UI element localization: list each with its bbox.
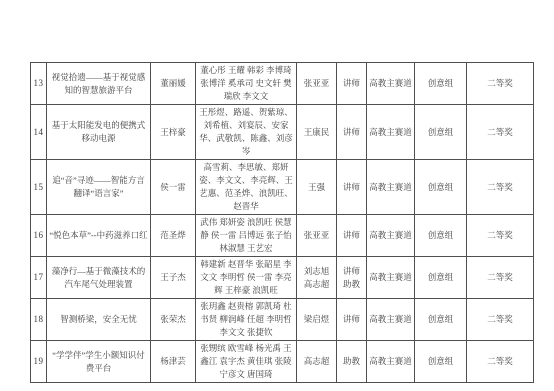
award-cell: 二等奖 [467, 257, 534, 299]
leader-cell: 董丽媛 [151, 63, 196, 105]
award-cell: 二等奖 [467, 160, 534, 215]
document-page: 13 视觉拾遗——基于视觉感知的智慧旅游平台 董丽媛 董心彤 王耀 韩彩 李博琦… [0, 0, 554, 391]
group-cell: 创意组 [415, 215, 467, 257]
table-row: 15 追“音”寻迹——智能方言翻译“语言家” 侯一雷 高雪莉、李思敏、郑妍姿、李… [31, 160, 534, 215]
members-cell: 武伟 郑妍姿 浪凯旺 侯慧静 侯一雷 吕博远 张子怡 林淑慧 王艺宏 [196, 215, 297, 257]
table-row: 18 智测桥梁，安全无忧 张荣杰 张玥鑫 赵贵榕 郭凯琦 杜书贤 柳润峰 任超 … [31, 299, 534, 341]
group-cell: 创意组 [415, 341, 467, 383]
advisor-title-cell: 讲师 [337, 105, 367, 160]
advisor-title-cell: 讲师 [337, 215, 367, 257]
project-name-cell: “学学伴”学生小额知识付费平台 [47, 341, 151, 383]
members-cell: 韩建新 赵晋华 张韶星 李文文 李明哲 侯一雷 李亮辉 王梓豪 浪凯旺 [196, 257, 297, 299]
table-row: 17 藻净行—基于微藻技术的汽车尾气处理装置 王子杰 韩建新 赵晋华 张韶星 李… [31, 257, 534, 299]
leader-cell: 王子杰 [151, 257, 196, 299]
group-cell: 创意组 [415, 257, 467, 299]
leader-cell: 杨津芸 [151, 341, 196, 383]
group-cell: 创意组 [415, 299, 467, 341]
project-name-cell: 视觉拾遗——基于视觉感知的智慧旅游平台 [47, 63, 151, 105]
members-cell: 高雪莉、李思敏、郑妍姿、李文文、李亮辉、王艺惠、范圣烨、浪凯旺、赵晋华 [196, 160, 297, 215]
advisor-cell: 张亚亚 [297, 215, 337, 257]
advisor-cell: 王康民 [297, 105, 337, 160]
advisor-cell: 高志超 [297, 341, 337, 383]
row-number-cell: 17 [31, 257, 47, 299]
project-name-cell: 追“音”寻迹——智能方言翻译“语言家” [47, 160, 151, 215]
award-table: 13 视觉拾遗——基于视觉感知的智慧旅游平台 董丽媛 董心彤 王耀 韩彩 李博琦… [30, 62, 534, 383]
track-cell: 高教主赛道 [367, 160, 415, 215]
advisor-title-cell: 讲师 助教 [337, 257, 367, 299]
advisor-title-cell: 讲师 [337, 299, 367, 341]
project-name-cell: “悦色本草”--中药滋养口红 [47, 215, 151, 257]
table-row: 16 “悦色本草”--中药滋养口红 范圣烨 武伟 郑妍姿 浪凯旺 侯慧静 侯一雷… [31, 215, 534, 257]
advisor-title-cell: 讲师 [337, 63, 367, 105]
members-cell: 王彤煜、路遥、贺紫琼、刘希植、刘宴辰、安家华、武敬凯、陈鑫、刘彦岑 [196, 105, 297, 160]
leader-cell: 范圣烨 [151, 215, 196, 257]
award-cell: 二等奖 [467, 299, 534, 341]
row-number-cell: 14 [31, 105, 47, 160]
members-cell: 董心彤 王耀 韩彩 李博琦 张博洋 奚承司 史文轩 樊瑞欣 李文文 [196, 63, 297, 105]
award-cell: 二等奖 [467, 63, 534, 105]
members-cell: 张甥缤 欧雪峰 杨光禹 王鑫江 袁宇杰 黄佳琪 张陵 宁彦文 唐国琦 [196, 341, 297, 383]
leader-cell: 王梓豪 [151, 105, 196, 160]
members-cell: 张玥鑫 赵贵榕 郭凯琦 杜书贤 柳润峰 任超 李明哲 李文文 张捷钦 [196, 299, 297, 341]
row-number-cell: 16 [31, 215, 47, 257]
leader-cell: 侯一雷 [151, 160, 196, 215]
group-cell: 创意组 [415, 63, 467, 105]
table-row: 14 基于太阳能发电的便携式移动电源 王梓豪 王彤煜、路遥、贺紫琼、刘希植、刘宴… [31, 105, 534, 160]
advisor-title-cell: 讲师 [337, 160, 367, 215]
advisor-title-cell: 助教 [337, 341, 367, 383]
advisor-cell: 王强 [297, 160, 337, 215]
row-number-cell: 13 [31, 63, 47, 105]
table-row: 13 视觉拾遗——基于视觉感知的智慧旅游平台 董丽媛 董心彤 王耀 韩彩 李博琦… [31, 63, 534, 105]
row-number-cell: 19 [31, 341, 47, 383]
award-cell: 二等奖 [467, 105, 534, 160]
track-cell: 高教主赛道 [367, 299, 415, 341]
advisor-cell: 梁启煜 [297, 299, 337, 341]
track-cell: 高教主赛道 [367, 215, 415, 257]
row-number-cell: 15 [31, 160, 47, 215]
track-cell: 高教主赛道 [367, 341, 415, 383]
track-cell: 高教主赛道 [367, 257, 415, 299]
advisor-cell: 张亚亚 [297, 63, 337, 105]
project-name-cell: 基于太阳能发电的便携式移动电源 [47, 105, 151, 160]
project-name-cell: 藻净行—基于微藻技术的汽车尾气处理装置 [47, 257, 151, 299]
table-row: 19 “学学伴”学生小额知识付费平台 杨津芸 张甥缤 欧雪峰 杨光禹 王鑫江 袁… [31, 341, 534, 383]
award-cell: 二等奖 [467, 215, 534, 257]
group-cell: 创意组 [415, 160, 467, 215]
project-name-cell: 智测桥梁，安全无忧 [47, 299, 151, 341]
track-cell: 高教主赛道 [367, 63, 415, 105]
advisor-cell: 刘志旭 高志超 [297, 257, 337, 299]
row-number-cell: 18 [31, 299, 47, 341]
award-table-container: 13 视觉拾遗——基于视觉感知的智慧旅游平台 董丽媛 董心彤 王耀 韩彩 李博琦… [30, 62, 533, 356]
award-cell: 二等奖 [467, 341, 534, 383]
leader-cell: 张荣杰 [151, 299, 196, 341]
track-cell: 高教主赛道 [367, 105, 415, 160]
group-cell: 创意组 [415, 105, 467, 160]
